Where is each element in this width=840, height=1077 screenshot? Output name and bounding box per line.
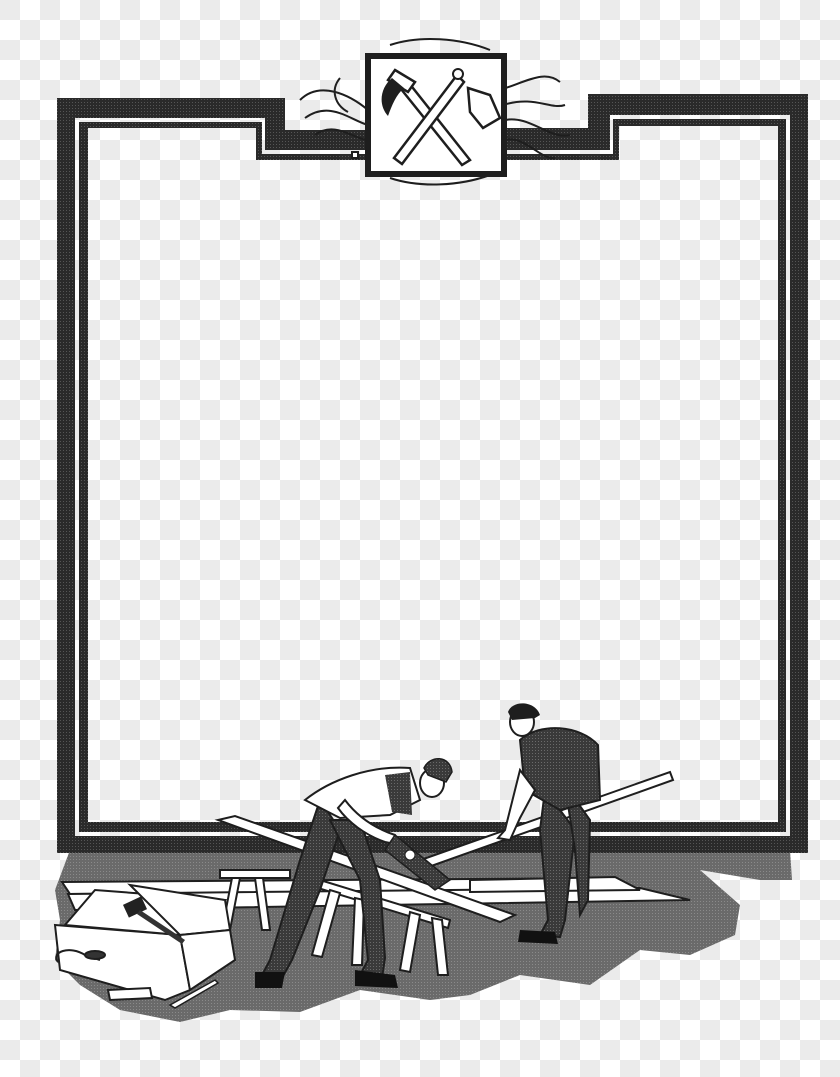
frame-border — [57, 94, 808, 853]
crossed-tools-emblem — [368, 56, 504, 174]
illustration-canvas — [0, 0, 840, 1077]
